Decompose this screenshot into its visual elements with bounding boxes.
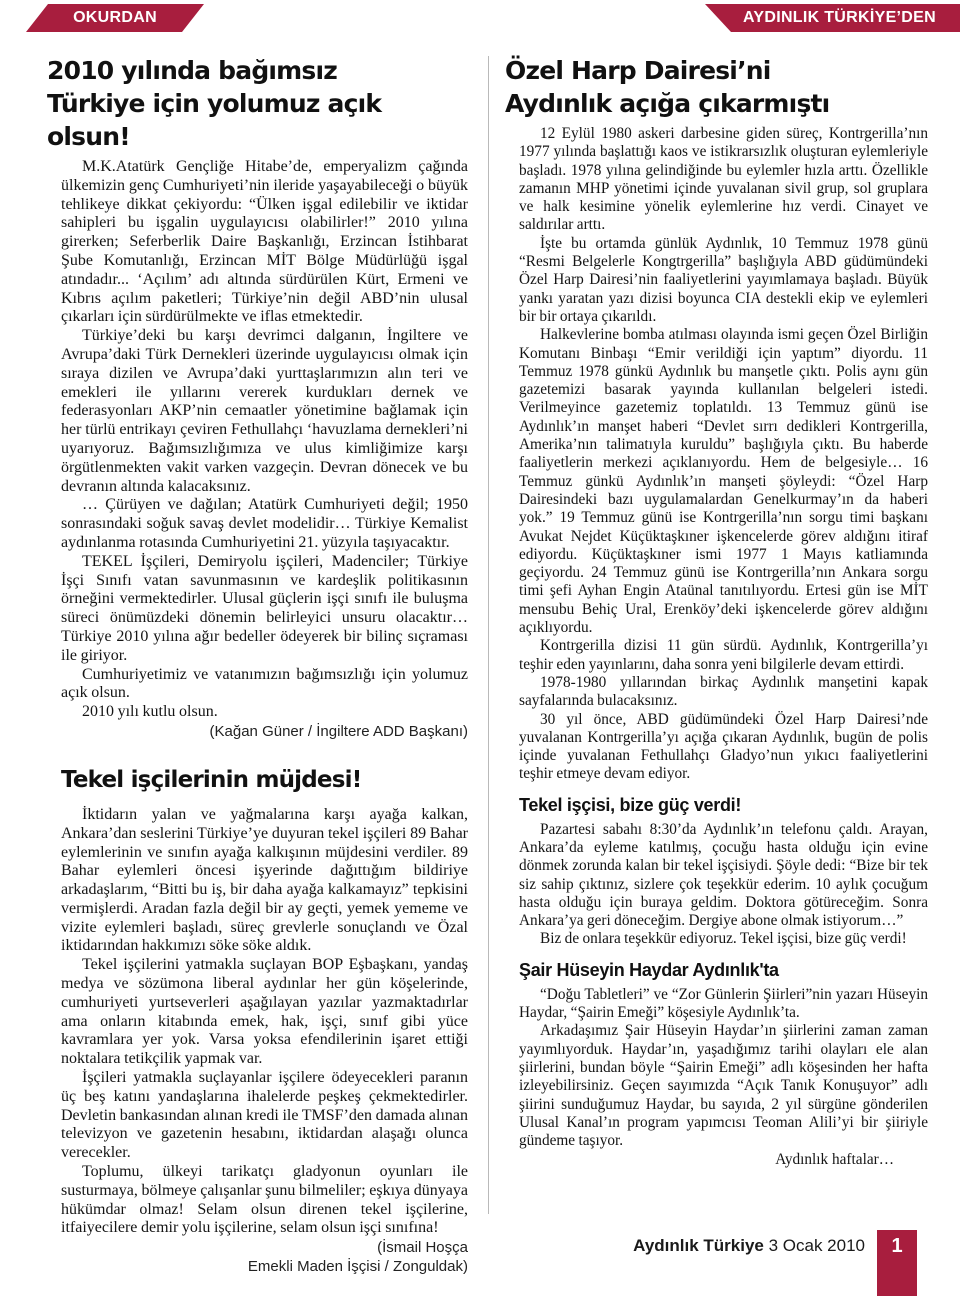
- article1-body: M.K.Atatürk Gençliğe Hitabe’de, emperyal…: [61, 158, 468, 741]
- article3-headline: Özel Harp Dairesi’ni Aydınlık açığa çıka…: [505, 54, 928, 120]
- paragraph: İşte bu ortamda günlük Aydınlık, 10 Temm…: [519, 235, 928, 326]
- footer: Aydınlık Türkiye 3 Ocak 2010: [633, 1236, 865, 1256]
- article2-headline: Tekel işçilerinin müjdesi!: [61, 767, 468, 793]
- article2-body: İktidarın yalan ve yağmalarına karşı aya…: [61, 806, 468, 1276]
- article2-signature-line2: Emekli Maden İşçisi / Zonguldak): [61, 1258, 468, 1276]
- article3-headline-line2: Aydınlık açığa çıkarmıştı: [505, 87, 928, 120]
- paragraph: Cumhuriyetimiz ve vatanımızın bağımsızlı…: [61, 666, 468, 704]
- footer-publication: Aydınlık Türkiye: [633, 1236, 764, 1255]
- paragraph: 1978-1980 yıllarından birkaç Aydınlık ma…: [519, 674, 928, 711]
- okurdan-tab-label: OKURDAN: [73, 9, 157, 27]
- paragraph: 12 Eylül 1980 askeri darbesine giden sür…: [519, 125, 928, 235]
- closing-line: Aydınlık haftalar…: [519, 1151, 928, 1169]
- article1-headline: 2010 yılında bağımsız Türkiye için yolum…: [47, 54, 468, 153]
- paragraph: … Çürüyen ve dağılan; Atatürk Cumhuriyet…: [61, 496, 468, 552]
- aydinlik-turkiyeden-tab-label: AYDINLIK TÜRKİYE’DEN: [743, 9, 936, 27]
- article1-signature: (Kağan Güner / İngiltere ADD Başkanı): [61, 723, 468, 741]
- page-number-badge: 1: [877, 1230, 917, 1296]
- article3-headline-line1: Özel Harp Dairesi’ni: [505, 54, 928, 87]
- article1-headline-line2: Türkiye için yolumuz açık olsun!: [47, 87, 468, 153]
- subsection2-heading: Şair Hüseyin Haydar Aydınlık'ta: [519, 960, 928, 981]
- paragraph: İktidarın yalan ve yağmalarına karşı aya…: [61, 806, 468, 956]
- footer-date: 3 Ocak 2010: [769, 1236, 865, 1255]
- subsection1-body: Pazartesi sabahı 8:30’da Aydınlık’ın tel…: [519, 821, 928, 949]
- paragraph: 2010 yılı kutlu olsun.: [61, 703, 468, 722]
- paragraph: TEKEL İşçileri, Demiryolu işçileri, Made…: [61, 553, 468, 666]
- paragraph: Tekel işçilerini yatmakla suçlayan BOP E…: [61, 956, 468, 1069]
- paragraph: Halkevlerine bomba atılması olayında ism…: [519, 326, 928, 637]
- column-divider: [488, 56, 489, 1214]
- paragraph: Arkadaşımız Şair Hüseyin Haydar’ın şiirl…: [519, 1022, 928, 1150]
- article2-signature-line1: (İsmail Hoşça: [61, 1239, 468, 1257]
- article3-body: 12 Eylül 1980 askeri darbesine giden sür…: [519, 125, 928, 784]
- right-column: Özel Harp Dairesi’ni Aydınlık açığa çıka…: [505, 52, 928, 1169]
- paragraph: 30 yıl önce, ABD güdümündeki Özel Harp D…: [519, 711, 928, 784]
- left-column: 2010 yılında bağımsız Türkiye için yolum…: [47, 52, 468, 1276]
- article1-headline-line1: 2010 yılında bağımsız: [47, 54, 468, 87]
- paragraph: Kontrgerilla dizisi 11 gün sürdü. Aydınl…: [519, 637, 928, 674]
- subsection2-body: “Doğu Tabletleri” ve “Zor Günlerin Şiirl…: [519, 986, 928, 1170]
- paragraph: Biz de onlara teşekkür ediyoruz. Tekel i…: [519, 930, 928, 948]
- aydinlik-turkiyeden-section-tab: AYDINLIK TÜRKİYE’DEN: [705, 4, 960, 32]
- paragraph: Pazartesi sabahı 8:30’da Aydınlık’ın tel…: [519, 821, 928, 931]
- paragraph: Toplumu, ülkeyi tarikatçı gladyonun oyun…: [61, 1163, 468, 1238]
- magazine-page: OKURDAN AYDINLIK TÜRKİYE’DEN 2010 yılınd…: [0, 0, 960, 1299]
- paragraph: Türkiye’deki bu karşı devrimci dalganın,…: [61, 327, 468, 496]
- paragraph: İşçileri yatmakla suçlayanlar işçilere ö…: [61, 1069, 468, 1163]
- paragraph: “Doğu Tabletleri” ve “Zor Günlerin Şiirl…: [519, 986, 928, 1023]
- paragraph: M.K.Atatürk Gençliğe Hitabe’de, emperyal…: [61, 158, 468, 327]
- okurdan-section-tab: OKURDAN: [26, 4, 204, 32]
- subsection1-heading: Tekel işçisi, bize güç verdi!: [519, 795, 928, 816]
